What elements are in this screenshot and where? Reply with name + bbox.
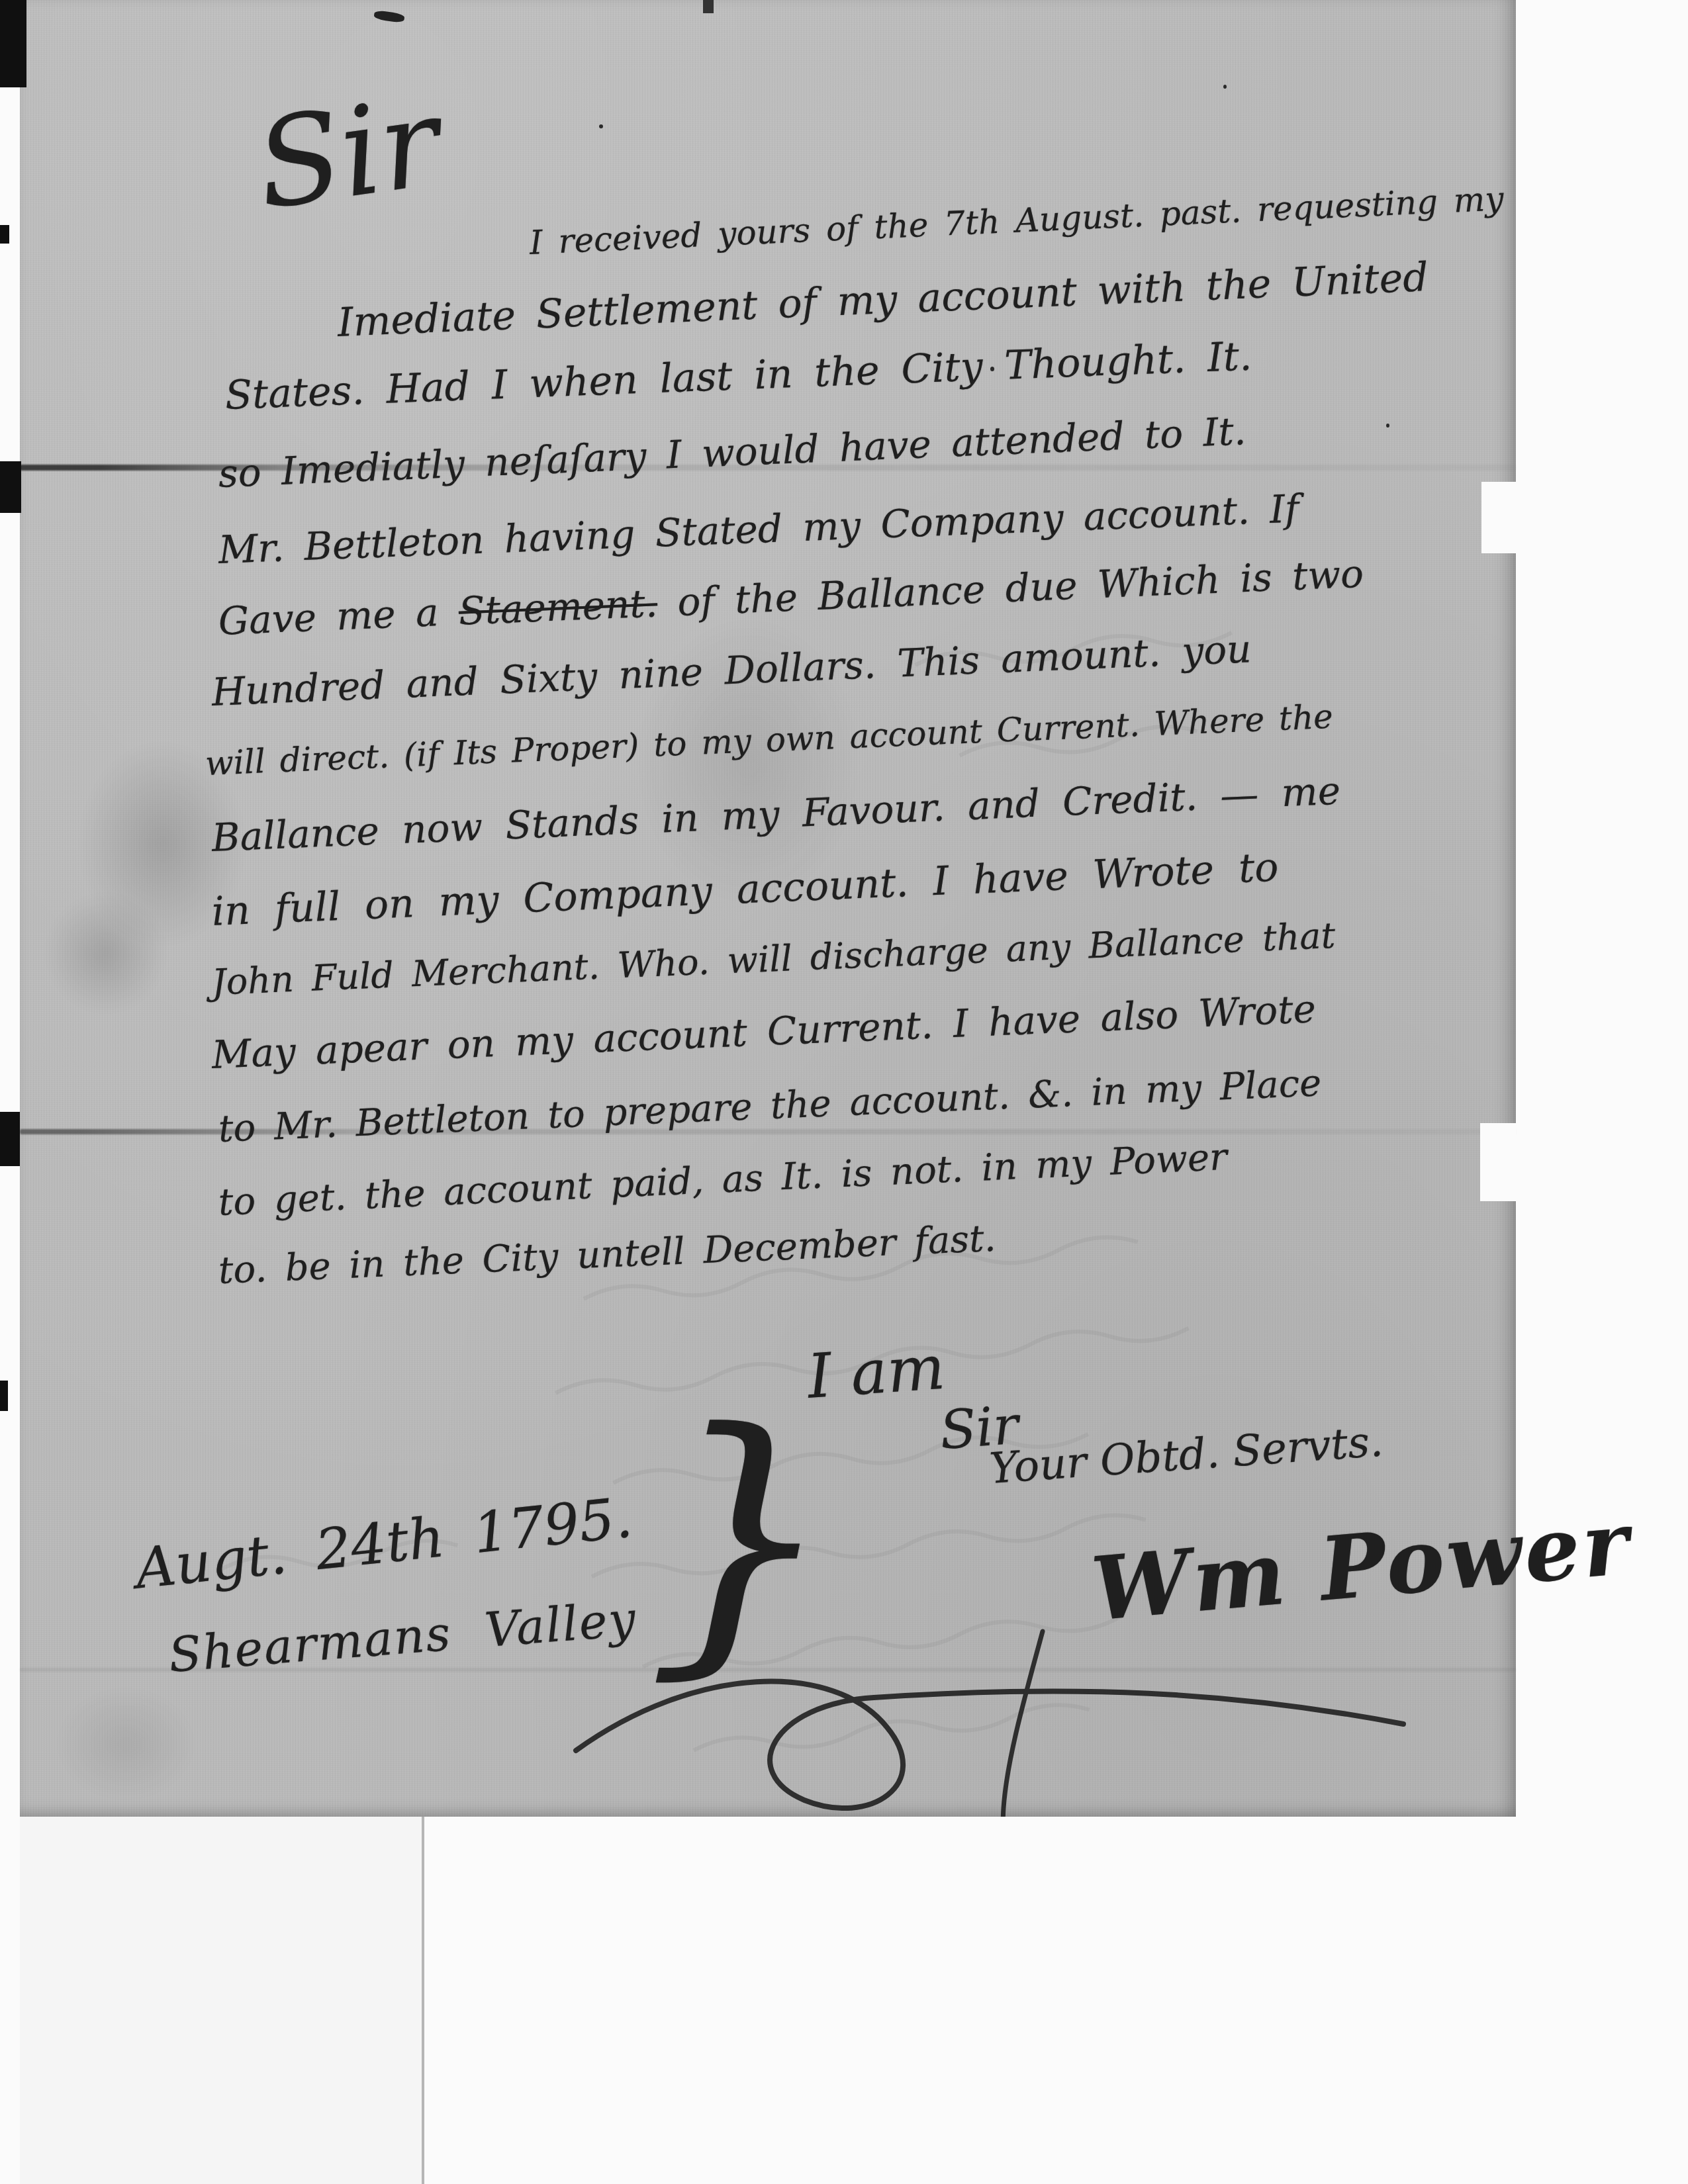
ink-speck bbox=[599, 124, 603, 128]
scanner-artifact bbox=[703, 0, 714, 13]
letter-paper: Sir I received yours of the 7th August. … bbox=[20, 0, 1516, 1817]
scan-edge-notch bbox=[1480, 1123, 1516, 1201]
scanner-artifact bbox=[0, 461, 21, 513]
scanned-letter-page: Sir I received yours of the 7th August. … bbox=[0, 0, 1688, 2184]
scanner-artifact bbox=[0, 1381, 8, 1411]
scanner-artifact bbox=[0, 0, 26, 87]
ink-speck bbox=[1386, 424, 1389, 428]
ink-speck bbox=[1223, 85, 1227, 89]
ink-speck bbox=[990, 367, 994, 371]
scanner-artifact bbox=[0, 1112, 20, 1166]
ink-speck bbox=[467, 895, 470, 899]
under-sheet-tint bbox=[20, 1817, 422, 2184]
under-sheet-edge-line bbox=[422, 1817, 424, 2184]
scanner-artifact bbox=[0, 225, 9, 244]
scan-edge-notch bbox=[1481, 482, 1516, 553]
signature-flourish bbox=[20, 0, 1516, 1817]
